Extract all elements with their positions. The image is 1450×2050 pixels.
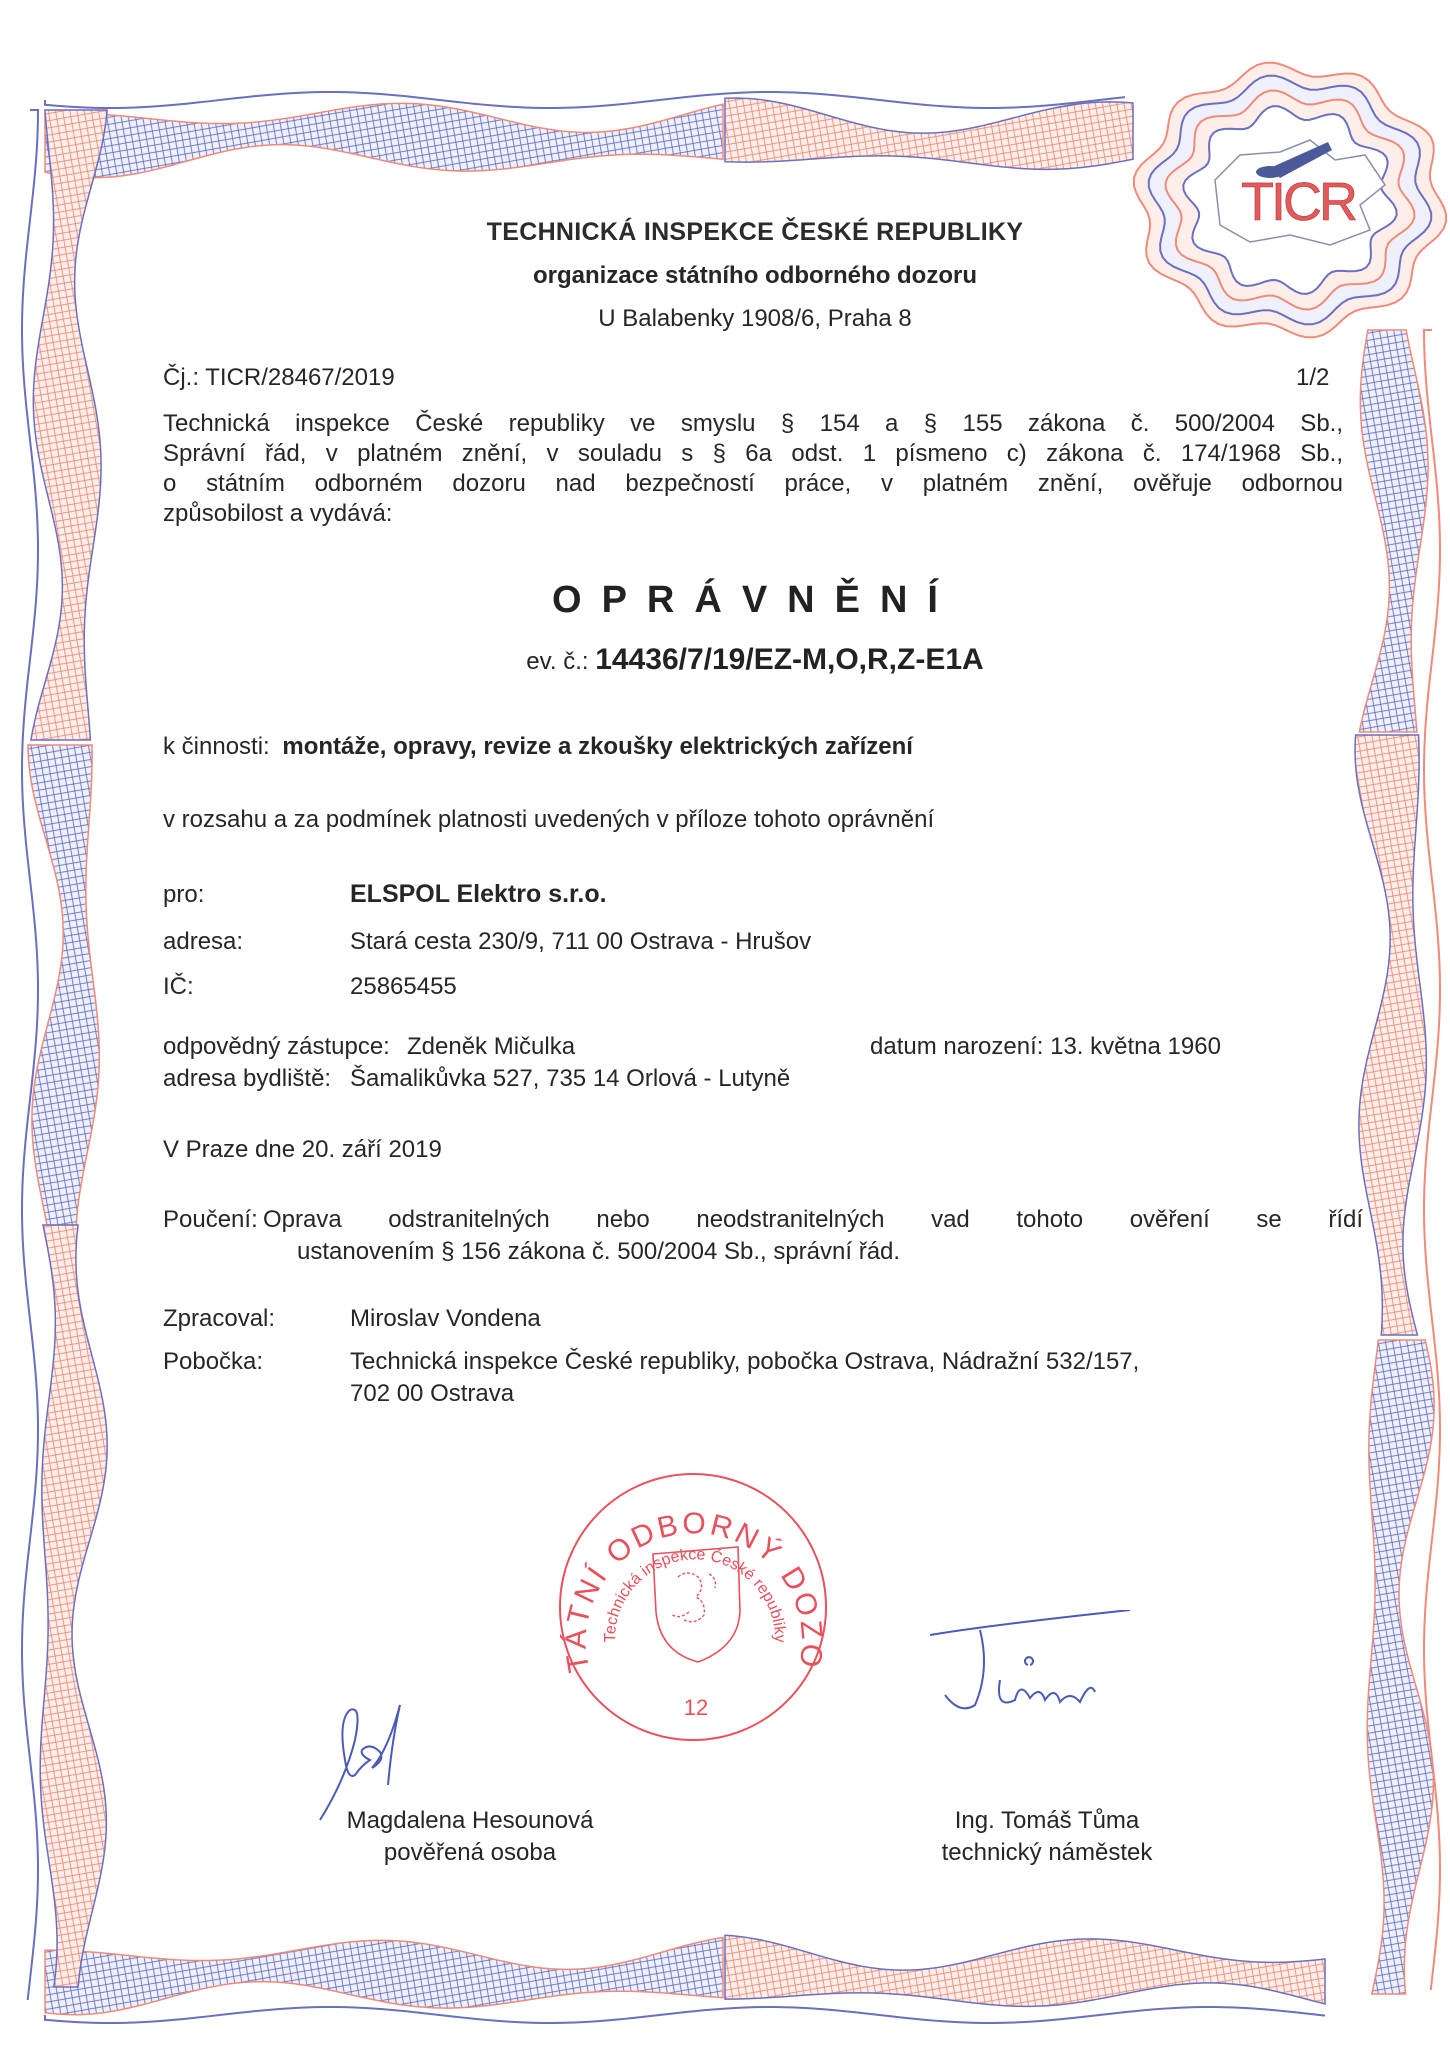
intro-line-2: Správní řád, v platném znění, v souladu … xyxy=(163,440,1343,468)
representative-label: odpovědný zástupce: xyxy=(163,1033,390,1061)
signatory-1: Magdalena Hesounová pověřená osoba xyxy=(270,1805,670,1869)
intro-line-3: o státním odborném dozoru nad bezpečnost… xyxy=(163,470,1343,498)
processed-name: Miroslav Vondena xyxy=(350,1305,541,1333)
company-address: Stará cesta 230/9, 711 00 Ostrava - Hruš… xyxy=(350,928,811,956)
representative-name: Zdeněk Mičulka xyxy=(407,1033,575,1061)
signatory-1-name: Magdalena Hesounová xyxy=(270,1805,670,1837)
branch-line-2: 702 00 Ostrava xyxy=(350,1380,514,1408)
registration-number: ev. č.: 14436/7/19/EZ-M,O,R,Z-E1A xyxy=(0,646,1450,676)
instruction-line-2: ustanovením § 156 zákona č. 500/2004 Sb.… xyxy=(297,1238,900,1266)
branch-label: Pobočka: xyxy=(163,1348,263,1376)
official-stamp: STÁTNÍ ODBORNÝ DOZOR Technická inspekce … xyxy=(548,1462,838,1752)
reference-number: Čj.: TICR/28467/2019 xyxy=(163,364,395,392)
signatory-2-name: Ing. Tomáš Tůma xyxy=(847,1805,1247,1837)
issued-date: V Praze dne 20. září 2019 xyxy=(163,1136,442,1164)
branch-line-1: Technická inspekce České republiky, pobo… xyxy=(350,1348,1139,1376)
intro-line-4: způsobilost a vydává: xyxy=(163,500,1343,528)
instruction-line-1: Oprava odstranitelných nebo neodstranite… xyxy=(263,1206,1363,1234)
stamp-number: 12 xyxy=(684,1695,708,1720)
registration-label: ev. č.: xyxy=(526,648,588,675)
intro-line-1: Technická inspekce České republiky ve sm… xyxy=(163,410,1343,438)
birth-value: 13. května 1960 xyxy=(1050,1033,1221,1060)
svg-text:STÁTNÍ ODBORNÝ DOZOR: STÁTNÍ ODBORNÝ DOZOR xyxy=(548,1462,829,1675)
signatory-2-role: technický náměstek xyxy=(847,1837,1247,1869)
instruction-label: Poučení: xyxy=(163,1206,258,1234)
signatory-2: Ing. Tomáš Tůma technický náměstek xyxy=(847,1805,1247,1869)
signatory-1-role: pověřená osoba xyxy=(270,1837,670,1869)
organization-address: U Balabenky 1908/6, Praha 8 xyxy=(0,305,1450,333)
company-ic: 25865455 xyxy=(350,973,457,1001)
pro-label: pro: xyxy=(163,881,204,909)
scope-text: v rozsahu a za podmínek platnosti uveden… xyxy=(163,806,934,834)
address-label: adresa: xyxy=(163,928,243,956)
page-number: 1/2 xyxy=(1296,364,1329,392)
document-title: OPRÁVNĚNÍ xyxy=(0,578,1450,622)
organization-name: TECHNICKÁ INSPEKCE ČESKÉ REPUBLIKY xyxy=(0,218,1450,246)
activity-label: k činnosti: xyxy=(163,733,270,760)
stamp-outer-text: STÁTNÍ ODBORNÝ DOZOR xyxy=(548,1462,829,1675)
organization-subtitle: organizace státního odborného dozoru xyxy=(0,262,1450,290)
activity: k činnosti: montáže, opravy, revize a zk… xyxy=(163,733,913,761)
activity-value: montáže, opravy, revize a zkoušky elektr… xyxy=(282,733,913,760)
ic-label: IČ: xyxy=(163,973,194,1001)
registration-value: 14436/7/19/EZ-M,O,R,Z-E1A xyxy=(595,643,983,676)
residence-label: adresa bydliště: xyxy=(163,1065,331,1093)
signature-tuma xyxy=(920,1610,1150,1730)
birth-date: datum narození: 13. května 1960 xyxy=(870,1033,1221,1061)
birth-label: datum narození: xyxy=(870,1033,1043,1060)
residence-value: Šamalikůvka 527, 735 14 Orlová - Lutyně xyxy=(350,1065,790,1093)
processed-label: Zpracoval: xyxy=(163,1305,275,1333)
company-name: ELSPOL Elektro s.r.o. xyxy=(350,880,607,908)
